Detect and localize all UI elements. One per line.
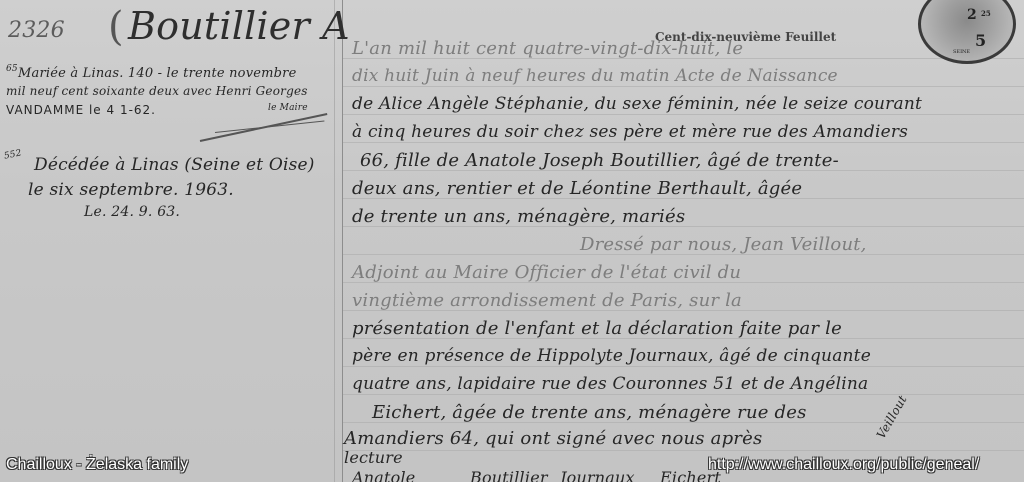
death-ref: 552 xyxy=(3,148,22,161)
signature-boutillier: Boutillier xyxy=(470,468,548,482)
marriage-note-line: VANDAMME le 4 1-62. xyxy=(6,103,156,117)
watermark-family: Chailloux - Żelaska family xyxy=(6,456,188,474)
record-line: présentation de l'enfant et la déclarati… xyxy=(352,318,842,339)
margin-rule xyxy=(342,0,343,482)
record-line: père en présence de Hippolyte Journaux, … xyxy=(352,346,871,366)
record-line: de trente un ans, ménagère, mariés xyxy=(352,206,685,227)
stamp-value-unit: 25 xyxy=(981,9,991,18)
death-note-line: Le. 24. 9. 63. xyxy=(84,204,180,220)
record-line: 66, fille de Anatole Joseph Boutillier, … xyxy=(360,150,839,171)
stamp-value-top: 2 xyxy=(967,7,977,23)
ruled-line xyxy=(343,366,1024,367)
record-line: L'an mil huit cent quatre-vingt-dix-huit… xyxy=(352,38,743,59)
officer-signature: Veillout xyxy=(874,393,910,441)
ruled-line xyxy=(343,394,1024,395)
register-number: 2326 xyxy=(8,18,65,43)
marriage-note-line: mil neuf cent soixante deux avec Henri G… xyxy=(6,84,308,98)
watermark-url[interactable]: http://www.chailloux.org/public/geneal/ xyxy=(708,456,979,474)
record-line: à cinq heures du soir chez ses père et m… xyxy=(352,122,908,142)
marriage-note-signed: le Maire xyxy=(268,103,308,113)
stamp-value-bottom: 5 xyxy=(975,31,986,50)
stamp-bottom-text: SEINE xyxy=(953,49,970,55)
ruled-line xyxy=(343,142,1024,143)
record-line: de Alice Angèle Stéphanie, du sexe fémin… xyxy=(352,94,922,114)
record-line: vingtième arrondissement de Paris, sur l… xyxy=(352,290,742,311)
death-note-line: le six septembre. 1963. xyxy=(28,180,234,200)
document-scan: 2326 ( Boutillier A 65 Mariée à Linas. 1… xyxy=(0,0,1024,482)
record-line: deux ans, rentier et de Léontine Berthau… xyxy=(352,178,802,199)
surname-heading: Boutillier A xyxy=(128,4,350,48)
tax-stamp: 2 25 5 SEINE xyxy=(918,0,1016,64)
record-line: Amandiers 64, qui ont signé avec nous ap… xyxy=(344,428,762,449)
record-line: Eichert, âgée de trente ans, ménagère ru… xyxy=(372,402,807,423)
record-line: lecture xyxy=(344,448,403,467)
record-line: dix huit Juin à neuf heures du matin Act… xyxy=(352,66,838,86)
marriage-note-line: Mariée à Linas. 140 - le trente novembre xyxy=(18,66,297,81)
record-line: quatre ans, lapidaire rue des Couronnes … xyxy=(352,374,868,394)
record-line: Dressé par nous, Jean Veillout, xyxy=(580,234,867,255)
death-note-line: Décédée à Linas (Seine et Oise) xyxy=(34,155,315,175)
ruled-line xyxy=(343,114,1024,115)
record-line: Adjoint au Maire Officier de l'état civi… xyxy=(352,262,741,283)
margin-rule xyxy=(334,0,335,482)
marriage-ref: 65 xyxy=(6,64,18,74)
ruled-line xyxy=(343,86,1024,87)
mayor-signature xyxy=(215,121,325,133)
ruled-line xyxy=(343,450,1024,451)
signature-journaux: Journaux xyxy=(560,468,635,482)
signature-anatole: Anatole xyxy=(352,468,415,482)
bracket-mark: ( xyxy=(108,4,124,50)
